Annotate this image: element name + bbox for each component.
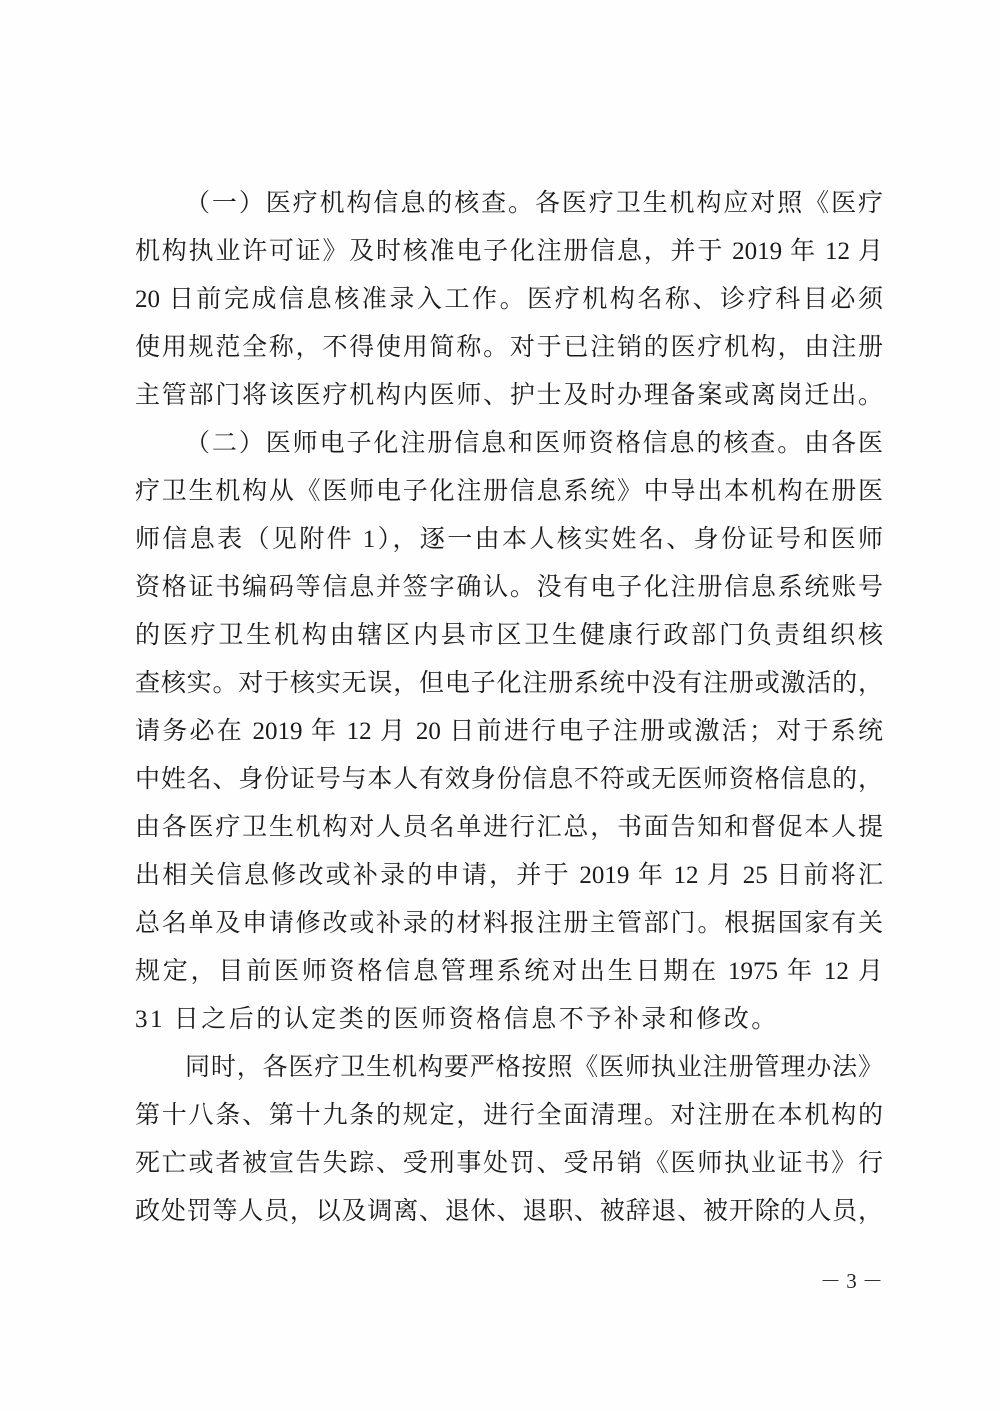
text-line: 31 日之后的认定类的医师资格信息不予补录和修改。 (135, 996, 883, 1044)
text-line: 的医疗卫生机构由辖区内县市区卫生健康行政部门负责组织核 (135, 612, 883, 660)
text-line: 使用规范全称，不得使用简称。对于已注销的医疗机构，由注册 (135, 324, 883, 372)
document-body: （一）医疗机构信息的核查。各医疗卫生机构应对照《医疗 机构执业许可证》及时核准电… (135, 180, 883, 1236)
text-line: 机构执业许可证》及时核准电子化注册信息，并于 2019 年 12 月 (135, 228, 883, 276)
text-line: 查核实。对于核实无误，但电子化注册系统中没有注册或激活的， (135, 660, 883, 708)
text-line: 师信息表（见附件 1），逐一由本人核实姓名、身份证号和医师 (135, 516, 883, 564)
text-line: 由各医疗卫生机构对人员名单进行汇总，书面告知和督促本人提 (135, 804, 883, 852)
page-number: － 3 － (135, 1257, 883, 1305)
text-line: 疗卫生机构从《医师电子化注册信息系统》中导出本机构在册医 (135, 468, 883, 516)
text-line: 出相关信息修改或补录的申请，并于 2019 年 12 月 25 日前将汇 (135, 852, 883, 900)
text-line: 政处罚等人员，以及调离、退休、退职、被辞退、被开除的人员， (135, 1188, 883, 1236)
text-line: （一）医疗机构信息的核查。各医疗卫生机构应对照《医疗 (135, 180, 883, 228)
text-line: 20 日前完成信息核准录入工作。医疗机构名称、诊疗科目必须 (135, 276, 883, 324)
text-line: （二）医师电子化注册信息和医师资格信息的核查。由各医 (135, 420, 883, 468)
document-page: （一）医疗机构信息的核查。各医疗卫生机构应对照《医疗 机构执业许可证》及时核准电… (0, 0, 1000, 1412)
text-line: 资格证书编码等信息并签字确认。没有电子化注册信息系统账号 (135, 564, 883, 612)
text-line: 死亡或者被宣告失踪、受刑事处罚、受吊销《医师执业证书》行 (135, 1140, 883, 1188)
text-line: 请务必在 2019 年 12 月 20 日前进行电子注册或激活；对于系统 (135, 708, 883, 756)
text-line: 主管部门将该医疗机构内医师、护士及时办理备案或离岗迁出。 (135, 372, 883, 420)
text-line: 规定，目前医师资格信息管理系统对出生日期在 1975 年 12 月 (135, 948, 883, 996)
text-line: 总名单及申请修改或补录的材料报注册主管部门。根据国家有关 (135, 900, 883, 948)
text-line: 第十八条、第十九条的规定，进行全面清理。对注册在本机构的 (135, 1092, 883, 1140)
text-line: 同时，各医疗卫生机构要严格按照《医师执业注册管理办法》 (135, 1044, 883, 1092)
text-line: 中姓名、身份证号与本人有效身份信息不符或无医师资格信息的， (135, 756, 883, 804)
